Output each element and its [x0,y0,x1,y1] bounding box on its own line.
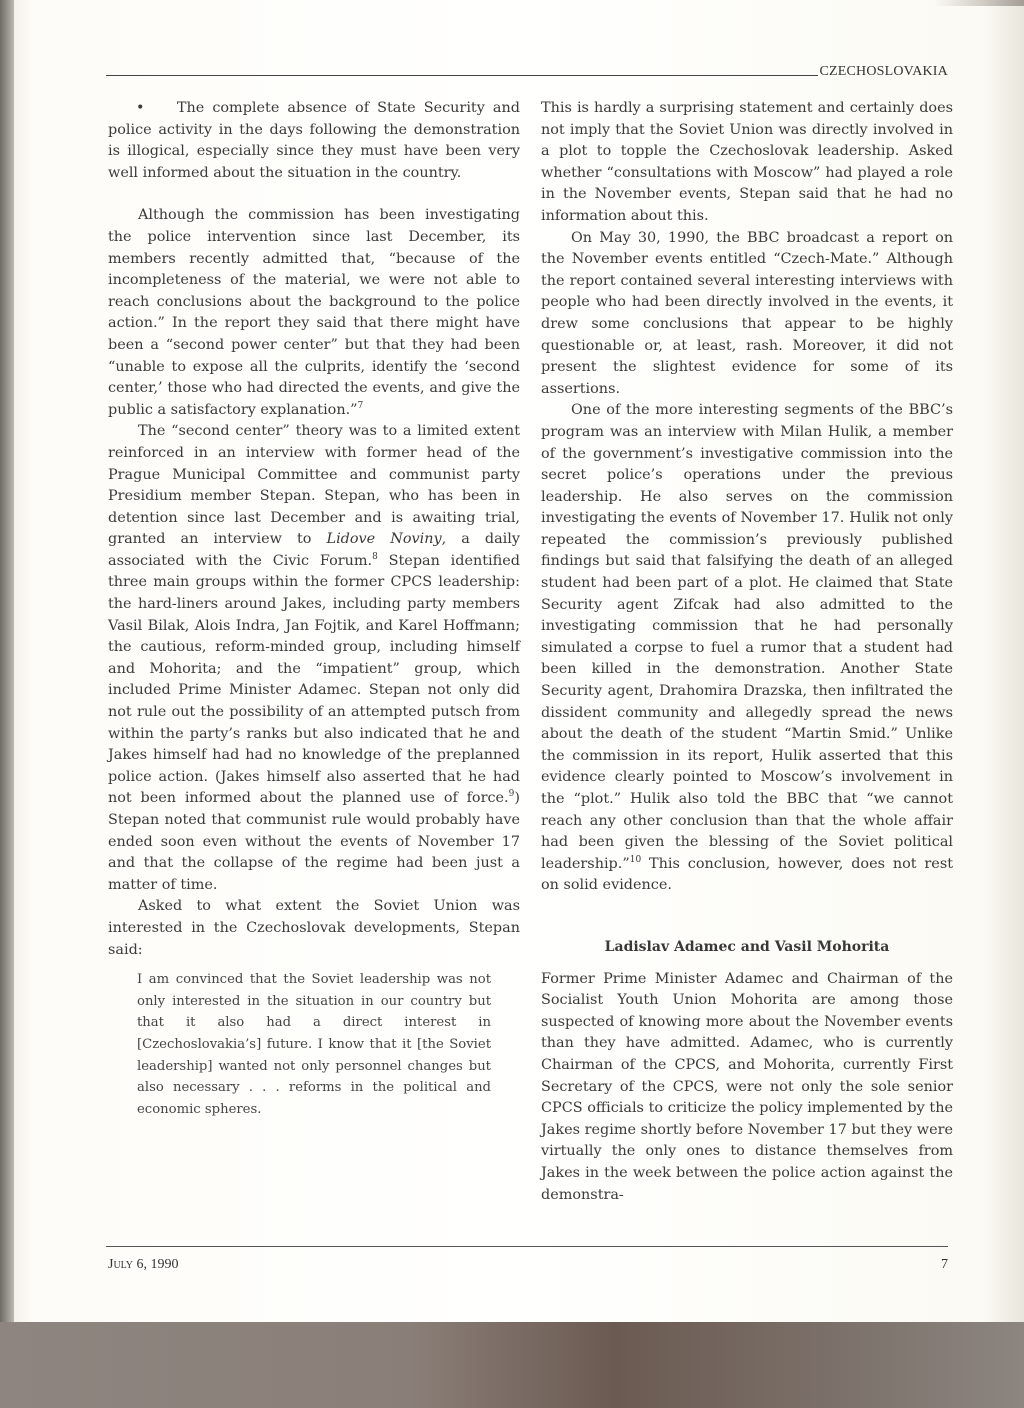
page-header: CZECHOSLOVAKIA [106,58,948,80]
paragraph: Former Prime Minister Adamec and Chairma… [541,969,953,1207]
issue-date: July 6, 1990 [108,1257,179,1273]
left-column: • The complete absence of State Security… [108,98,520,1120]
paragraph-text: Stepan identified three main groups with… [108,553,520,807]
header-rule [106,75,818,76]
footnote-ref: 10 [630,855,641,865]
scan-left-edge [0,0,14,1322]
paragraph: This is hardly a surprising statement an… [541,98,953,228]
page-number: 7 [941,1257,948,1273]
running-head: CZECHOSLOVAKIA [818,64,948,80]
paragraph-text: One of the more interesting segments of … [541,402,953,871]
right-column: This is hardly a surprising statement an… [541,98,953,1206]
paragraph: On May 30, 1990, the BBC broadcast a rep… [541,228,953,401]
block-quote: I am convinced that the Soviet leadershi… [137,969,491,1120]
bullet-text: The complete absence of State Security a… [108,100,520,181]
paragraph-text: The “second center” theory was to a limi… [108,423,520,547]
paragraph: Asked to what extent the Soviet Union wa… [108,896,520,961]
paragraph: Although the commission has been investi… [108,205,520,421]
paragraph-text: Although the commission has been investi… [108,207,520,417]
paragraph: The “second center” theory was to a limi… [108,421,520,896]
bullet-icon: • [136,100,145,116]
scan-shadow [934,0,1024,6]
footnote-ref: 7 [358,401,364,411]
publication-title: Lidove Noviny [327,531,442,547]
bullet-paragraph: • The complete absence of State Security… [108,98,520,184]
page-footer: July 6, 1990 7 [106,1246,948,1247]
paragraph: One of the more interesting segments of … [541,400,953,897]
section-heading: Ladislav Adamec and Vasil Mohorita [541,937,953,959]
